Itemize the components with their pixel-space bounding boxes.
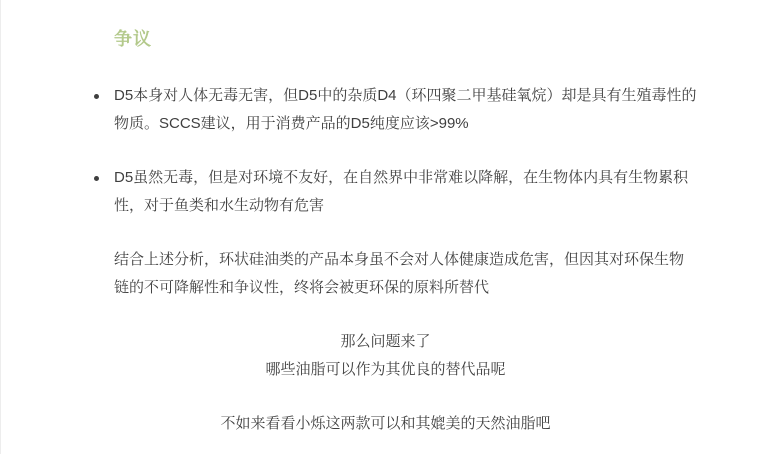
bullet-item: D5本身对人体无毒无害，但D5中的杂质D4（环四聚二甲基硅氧烷）却是具有生殖毒性… — [114, 82, 769, 138]
analysis-text-line: 链的不可降解性和争议性，终将会被更环保的原料所替代 — [114, 274, 769, 302]
article-page: 争议 D5本身对人体无毒无害，但D5中的杂质D4（环四聚二甲基硅氧烷）却是具有生… — [0, 0, 769, 454]
closing-block: 那么问题来了 哪些油脂可以作为其优良的替代品呢 不如来看看小烁这两款可以和其媲美… — [1, 328, 769, 438]
bullet-item: D5虽然无毒，但是对环境不友好，在自然界中非常难以降解，在生物体内具有生物累积 … — [114, 164, 769, 220]
closing-text-line: 那么问题来了 — [1, 328, 769, 356]
bullet-text-line: D5本身对人体无毒无害，但D5中的杂质D4（环四聚二甲基硅氧烷）却是具有生殖毒性… — [114, 82, 769, 110]
bullet-text-line: D5虽然无毒，但是对环境不友好，在自然界中非常难以降解，在生物体内具有生物累积 — [114, 164, 769, 192]
bullet-icon — [94, 94, 99, 99]
closing-text-line: 不如来看看小烁这两款可以和其媲美的天然油脂吧 — [1, 410, 769, 438]
bullet-text-line: 性，对于鱼类和水生动物有危害 — [114, 192, 769, 220]
bullet-text-line: 物质。SCCS建议，用于消费产品的D5纯度应该>99% — [114, 110, 769, 138]
analysis-paragraph: 结合上述分析，环状硅油类的产品本身虽不会对人体健康造成危害，但因其对环保生物 链… — [114, 246, 769, 302]
controversy-bullet-list: D5本身对人体无毒无害，但D5中的杂质D4（环四聚二甲基硅氧烷）却是具有生殖毒性… — [114, 82, 769, 220]
closing-text-line: 哪些油脂可以作为其优良的替代品呢 — [1, 356, 769, 384]
bullet-icon — [94, 176, 99, 181]
section-heading: 争议 — [114, 30, 769, 48]
analysis-text-line: 结合上述分析，环状硅油类的产品本身虽不会对人体健康造成危害，但因其对环保生物 — [114, 246, 769, 274]
